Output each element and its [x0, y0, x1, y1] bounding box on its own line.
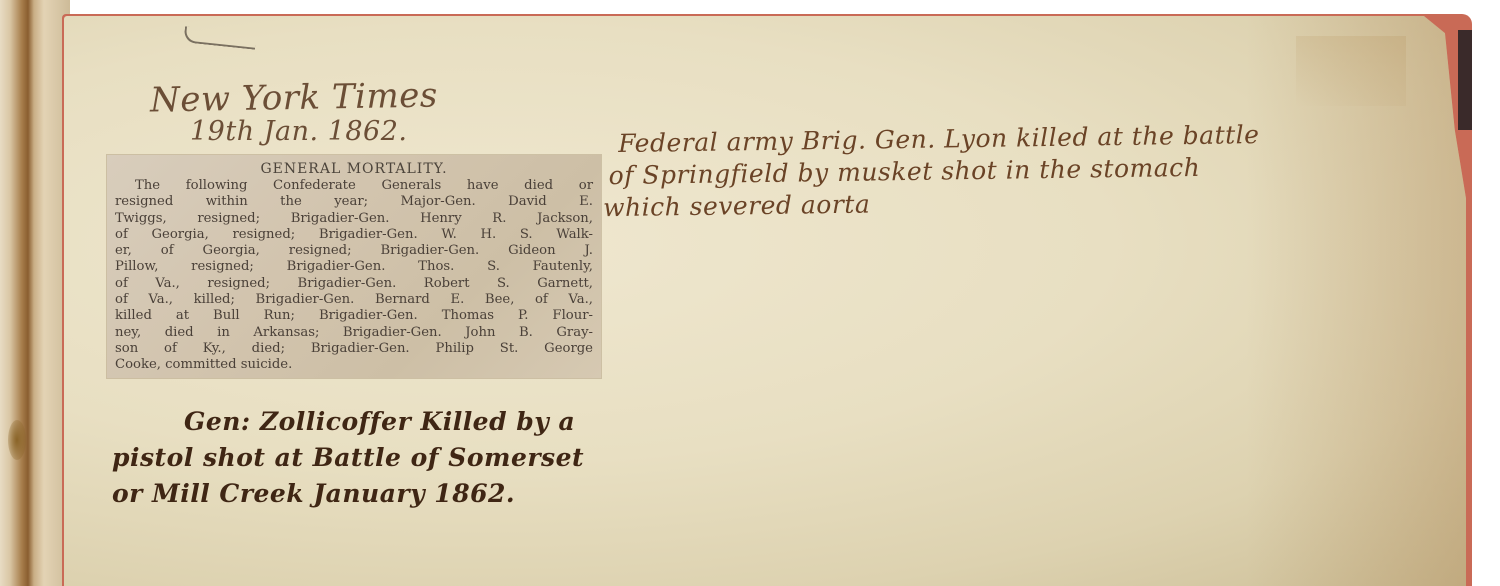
clipping-line: Pillow, resigned; Brigadier-Gen. Thos. S…: [115, 259, 593, 275]
clipping-line: resigned within the year; Major-Gen. Dav…: [115, 194, 593, 210]
handwritten-note-zollicoffer: Gen: Zollicoffer Killed by a pistol shot…: [112, 404, 584, 512]
clipping-line: of Georgia, resigned; Brigadier-Gen. W. …: [115, 227, 593, 243]
page-corner-fold: [1296, 36, 1406, 106]
cover-spine-dark: [1458, 30, 1472, 130]
clipping-line: of Va., killed; Brigadier-Gen. Bernard E…: [115, 292, 593, 308]
handwritten-date: 19th Jan. 1862.: [190, 116, 407, 147]
note-line: or Mill Creek January 1862.: [112, 476, 584, 512]
book-binding: [0, 0, 70, 586]
clipping-line: The following Confederate Generals have …: [115, 178, 593, 194]
handwritten-source: New York Times: [150, 75, 438, 120]
note-line: pistol shot at Battle of Somerset: [112, 440, 584, 476]
clipping-body: The following Confederate Generals have …: [115, 178, 593, 374]
clipping-headline: GENERAL MORTALITY.: [115, 161, 593, 177]
clipping-line: Twiggs, resigned; Brigadier-Gen. Henry R…: [115, 211, 593, 227]
clipping-line: of Va., resigned; Brigadier-Gen. Robert …: [115, 276, 593, 292]
clipping-line: er, of Georgia, resigned; Brigadier-Gen.…: [115, 243, 593, 259]
clipping-line: Cooke, committed suicide.: [115, 357, 593, 373]
pencil-mark: [183, 26, 256, 49]
note-line: Gen: Zollicoffer Killed by a: [184, 404, 584, 440]
binding-stain: [8, 420, 26, 460]
clipping-line: son of Ky., died; Brigadier-Gen. Philip …: [115, 341, 593, 357]
newspaper-clipping: GENERAL MORTALITY. The following Confede…: [107, 155, 601, 378]
clipping-line: ney, died in Arkansas; Brigadier-Gen. Jo…: [115, 325, 593, 341]
handwritten-note-lyon: Federal army Brig. Gen. Lyon killed at t…: [618, 119, 1261, 224]
clipping-line: killed at Bull Run; Brigadier-Gen. Thoma…: [115, 308, 593, 324]
